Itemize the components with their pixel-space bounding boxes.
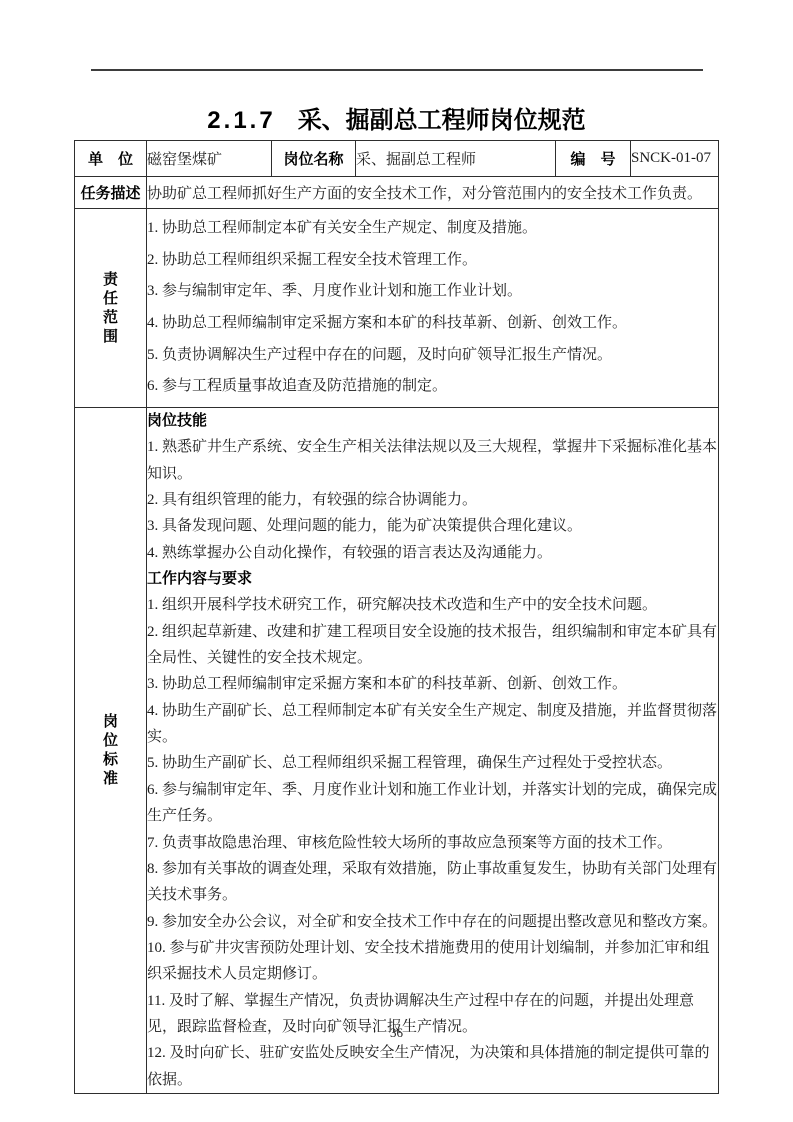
- job-spec-table: 单 位 磁窑堡煤矿 岗位名称 采、掘副总工程师 编 号 SNCK-01-07 任…: [74, 140, 719, 1094]
- work-item: 1. 组织开展科学技术研究工作，研究解决技术改造和生产中的安全技术问题。: [147, 592, 718, 618]
- work-item: 2. 组织起草新建、改建和扩建工程项目安全设施的技术报告，组织编制和审定本矿具有…: [147, 619, 718, 672]
- skill-item: 1. 熟悉矿井生产系统、安全生产相关法律法规以及三大规程，掌握井下采掘标准化基本…: [147, 434, 718, 487]
- title-number: 2.1.7: [207, 107, 275, 134]
- work-item: 7. 负责事故隐患治理、审核危险性较大场所的事故应急预案等方面的技术工作。: [147, 830, 718, 856]
- work-content-heading: 工作内容与要求: [147, 566, 718, 592]
- skill-item: 3. 具备发现问题、处理问题的能力，能为矿决策提供合理化建议。: [147, 513, 718, 539]
- skills-heading: 岗位技能: [147, 408, 718, 434]
- unit-value: 磁窑堡煤矿: [147, 141, 272, 177]
- responsibility-item: 4. 协助总工程师编制审定采掘方案和本矿的科技革新、创新、创效工作。: [147, 308, 718, 340]
- work-item: 3. 协助总工程师编制审定采掘方案和本矿的科技革新、创新、创效工作。: [147, 671, 718, 697]
- responsibility-scope-label-cell: 责任范围: [75, 209, 147, 408]
- page: 2.1.7采、掘副总工程师岗位规范 单 位 磁窑堡煤矿 岗位名称 采、掘副总工程…: [0, 0, 793, 1122]
- work-item: 5. 协助生产副矿长、总工程师组织采掘工程管理，确保生产过程处于受控状态。: [147, 750, 718, 776]
- code-value: SNCK-01-07: [631, 141, 719, 177]
- responsibility-scope-row: 责任范围 1. 协助总工程师制定本矿有关安全生产规定、制度及措施。 2. 协助总…: [75, 209, 719, 408]
- task-description-row: 任务描述 协助矿总工程师抓好生产方面的安全技术工作，对分管范围内的安全技术工作负…: [75, 177, 719, 209]
- responsibility-item: 2. 协助总工程师组织采掘工程安全技术管理工作。: [147, 245, 718, 277]
- position-standard-label-cell: 岗位标准: [75, 408, 147, 1094]
- work-item: 12. 及时向矿长、驻矿安监处反映安全生产情况，为决策和具体措施的制定提供可靠的…: [147, 1040, 718, 1093]
- work-item: 4. 协助生产副矿长、总工程师制定本矿有关安全生产规定、制度及措施，并监督贯彻落…: [147, 698, 718, 751]
- position-standard-label: 岗位标准: [102, 712, 119, 788]
- unit-label: 单 位: [75, 141, 147, 177]
- page-number: 36: [0, 1025, 793, 1041]
- task-description-text: 协助矿总工程师抓好生产方面的安全技术工作，对分管范围内的安全技术工作负责。: [147, 177, 719, 209]
- responsibility-item: 6. 参与工程质量事故追查及防范措施的制定。: [147, 371, 718, 403]
- work-item: 6. 参与编制审定年、季、月度作业计划和施工作业计划，并落实计划的完成，确保完成…: [147, 777, 718, 830]
- work-item: 8. 参加有关事故的调查处理，采取有效措施，防止事故重复发生，协助有关部门处理有…: [147, 856, 718, 909]
- position-name-label: 岗位名称: [272, 141, 356, 177]
- position-standard-content: 岗位技能 1. 熟悉矿井生产系统、安全生产相关法律法规以及三大规程，掌握井下采掘…: [147, 408, 719, 1094]
- table-header-row: 单 位 磁窑堡煤矿 岗位名称 采、掘副总工程师 编 号 SNCK-01-07: [75, 141, 719, 177]
- responsibility-item: 1. 协助总工程师制定本矿有关安全生产规定、制度及措施。: [147, 213, 718, 245]
- responsibility-item: 3. 参与编制审定年、季、月度作业计划和施工作业计划。: [147, 276, 718, 308]
- responsibility-item: 5. 负责协调解决生产过程中存在的问题，及时向矿领导汇报生产情况。: [147, 340, 718, 372]
- work-item: 10. 参与矿井灾害预防处理计划、安全技术措施费用的使用计划编制，并参加汇审和组…: [147, 935, 718, 988]
- position-name-value: 采、掘副总工程师: [356, 141, 556, 177]
- work-item: 9. 参加安全办公会议，对全矿和安全技术工作中存在的问题提出整改意见和整改方案。: [147, 909, 718, 935]
- position-standard-row: 岗位标准 岗位技能 1. 熟悉矿井生产系统、安全生产相关法律法规以及三大规程，掌…: [75, 408, 719, 1094]
- skill-item: 2. 具有组织管理的能力，有较强的综合协调能力。: [147, 487, 718, 513]
- header-rule: [91, 69, 703, 71]
- document-title: 2.1.7采、掘副总工程师岗位规范: [0, 100, 793, 135]
- title-text: 采、掘副总工程师岗位规范: [298, 107, 586, 134]
- skill-item: 4. 熟练掌握办公自动化操作，有较强的语言表达及沟通能力。: [147, 540, 718, 566]
- responsibility-scope-label: 责任范围: [102, 270, 119, 346]
- responsibility-scope-content: 1. 协助总工程师制定本矿有关安全生产规定、制度及措施。 2. 协助总工程师组织…: [147, 209, 719, 408]
- task-description-label: 任务描述: [75, 177, 147, 209]
- code-label: 编 号: [556, 141, 631, 177]
